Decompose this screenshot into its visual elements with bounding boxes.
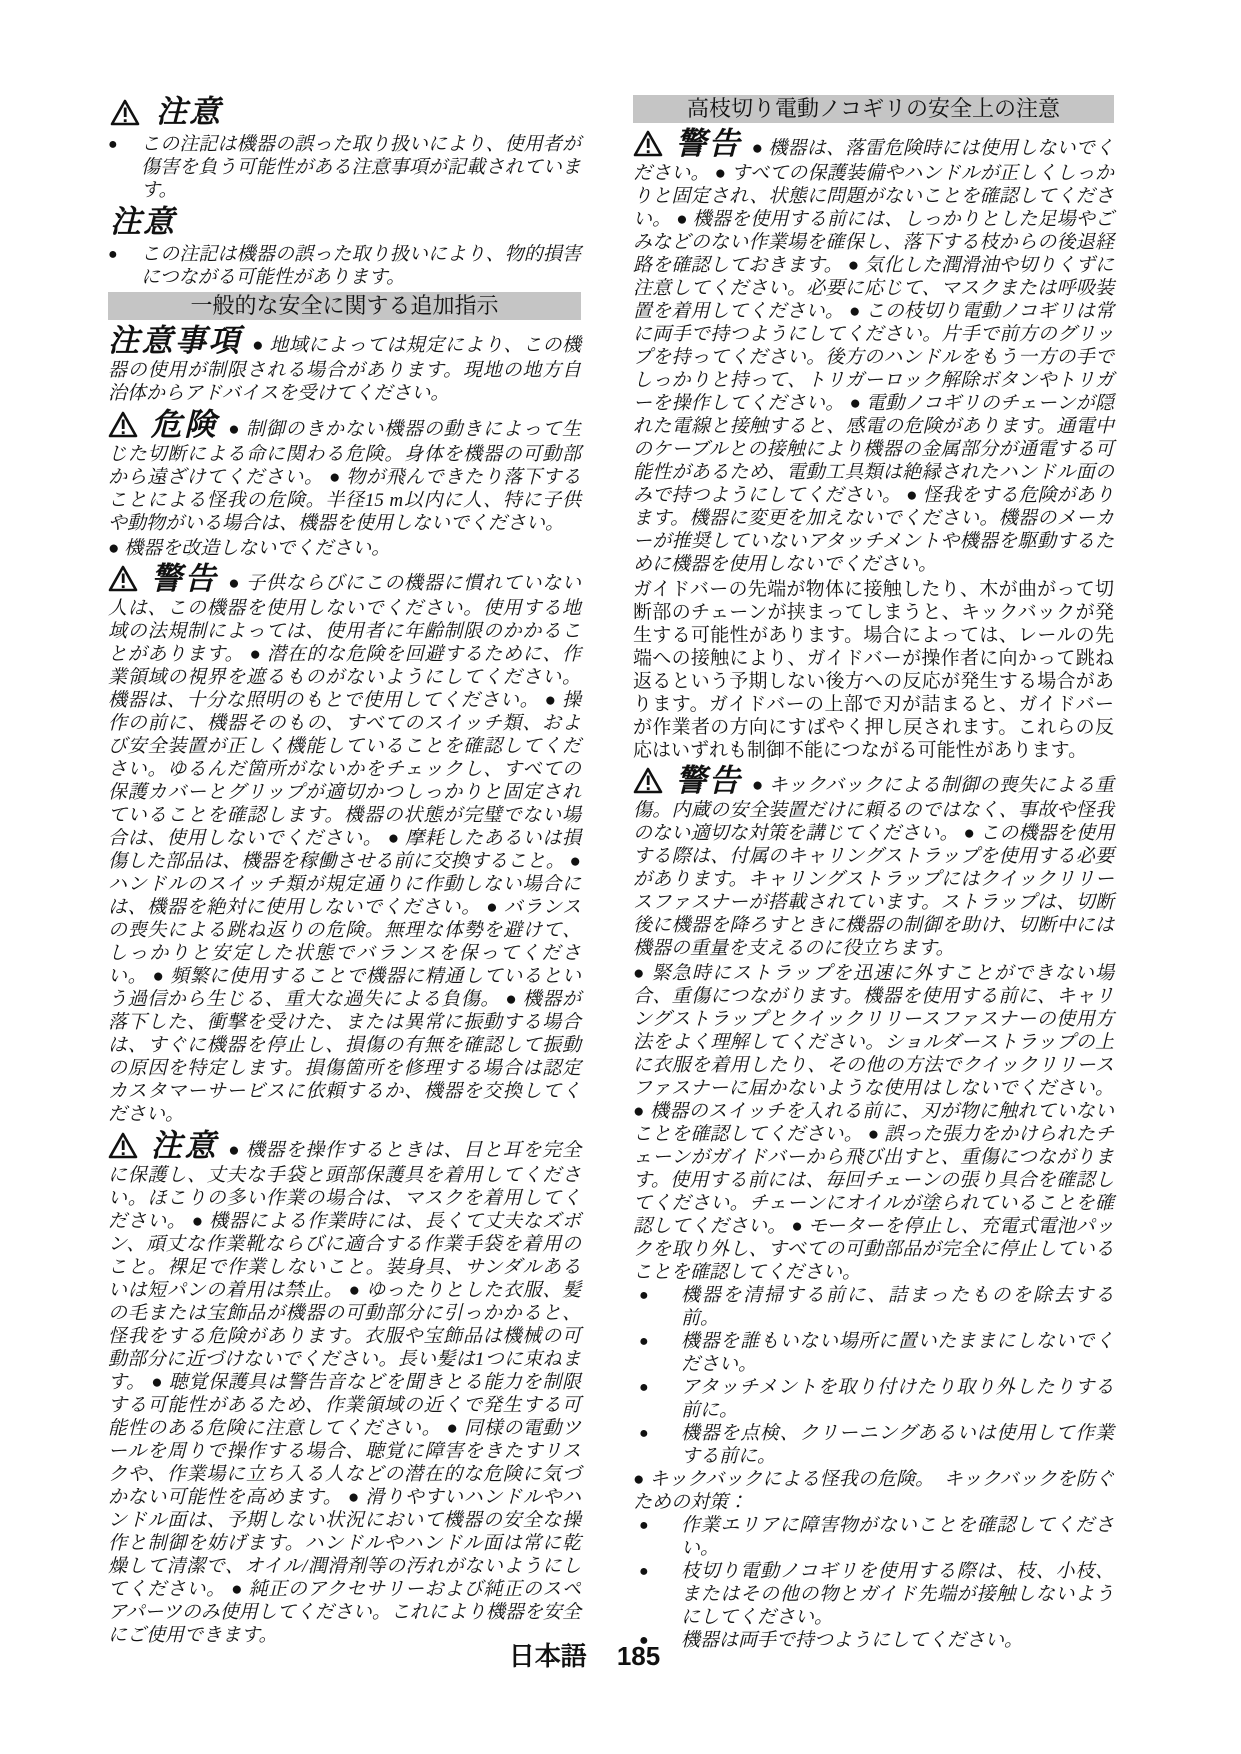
danger-paragraph: 危険● 制御のきかない機器の動きによって生じた切断による命に関わる危険。身体を機… — [108, 407, 581, 535]
kickback-explanation-paragraph: ガイドバーの先端が物体に接触したり、木が曲がって切断部のチェーンが挟まってしまう… — [633, 578, 1114, 762]
modify-bullet-line: ● 機器を改造しないでください。 — [108, 537, 581, 560]
page-footer: 日本語185 — [0, 1641, 1205, 1671]
bullet-icon: ● — [633, 1422, 681, 1468]
section-header-pole-saw-safety: 高枝切り電動ノコギリの安全上の注意 — [633, 95, 1114, 123]
caution-bullet-2: ● この注記は機器の誤った取り扱いにより、物的損害につながる可能性があります。 — [108, 243, 581, 289]
warning-label: 警告 — [675, 126, 742, 161]
list-item: ● 機器を清掃する前に、詰まったものを除去する前。 — [633, 1284, 1114, 1330]
bullet-icon: ● — [633, 1330, 681, 1376]
bullet-icon: ● — [108, 133, 141, 202]
caution-bullet-1-text: この注記は機器の誤った取り扱いにより、使用者が傷害を負う可能性がある注意事項が記… — [141, 133, 581, 202]
list-item: ● 作業エリアに障害物がないことを確認してください。 — [633, 1514, 1114, 1560]
warning-triangle-icon — [108, 565, 138, 592]
caution-paragraph-3: 注意● 機器を操作するときは、目と耳を完全に保護し、丈夫な手袋と頭部保護具を着用… — [108, 1128, 581, 1647]
list-item-text: 機器を誰もいない場所に置いたままにしないでください。 — [681, 1330, 1114, 1376]
notice-label: 注意事項 — [108, 323, 242, 358]
caution-heading-2: 注意 — [108, 204, 581, 240]
caution-text-3: ● 機器を操作するときは、目と耳を完全に保護し、丈夫な手袋と頭部保護具を着用して… — [108, 1140, 581, 1646]
kickback-prevention-intro: ● キックバックによる怪我の危険。 キックバックを防ぐための対策： — [633, 1468, 1114, 1514]
caution-label: 注意 — [156, 94, 222, 130]
caution-label: 注意 — [110, 204, 176, 240]
list-item: ● 機器を点検、クリーニングあるいは使用して作業する前に。 — [633, 1422, 1114, 1468]
footer-language: 日本語 — [509, 1641, 587, 1671]
caution-bullet-2-text: この注記は機器の誤った取り扱いにより、物的損害につながる可能性があります。 — [141, 243, 581, 289]
list-item-text: 機器を点検、クリーニングあるいは使用して作業する前に。 — [681, 1422, 1114, 1468]
list-item-text: 機器を清掃する前に、詰まったものを除去する前。 — [681, 1284, 1114, 1330]
caution-label: 注意 — [150, 1128, 218, 1163]
emergency-strap-paragraph: ● 緊急時にストラップを迅速に外すことができない場合、重傷につながります。機器を… — [633, 962, 1114, 1284]
kickback-prevention-list: ● 作業エリアに障害物がないことを確認してください。 ● 枝切り電動ノコギリを使… — [633, 1514, 1114, 1652]
warning-triangle-icon — [108, 1132, 138, 1159]
warning-triangle-icon — [633, 130, 663, 157]
bullet-icon: ● — [108, 243, 141, 289]
bullet-icon: ● — [633, 1284, 681, 1330]
caution-bullet-1: ● この注記は機器の誤った取り扱いにより、使用者が傷害を負う可能性がある注意事項… — [108, 133, 581, 202]
warning-text: ● 子供ならびにこの機器に慣れていない人は、この機器を使用しないでください。使用… — [108, 573, 581, 1125]
manual-page: 注意 ● この注記は機器の誤った取り扱いにより、使用者が傷害を負う可能性がある注… — [0, 0, 1241, 1754]
caution-heading-1: 注意 — [108, 94, 581, 130]
list-item: ● アタッチメントを取り付けたり取り外したりする前に。 — [633, 1376, 1114, 1422]
list-item: ● 枝切り電動ノコギリを使用する際は、枝、小枝、またはその他の物とガイド先端が接… — [633, 1560, 1114, 1629]
list-item-text: アタッチメントを取り付けたり取り外したりする前に。 — [681, 1376, 1114, 1422]
right-column: 高枝切り電動ノコギリの安全上の注意 警告● 機器は、落雷危険時には使用しないでく… — [633, 92, 1114, 1652]
section-header-general-safety: 一般的な安全に関する追加指示 — [108, 292, 581, 320]
warning-text-2: ● キックバックによる制御の喪失による重傷。内蔵の安全装置だけに頼るのではなく、… — [633, 775, 1114, 959]
bullet-icon: ● — [633, 1560, 681, 1629]
warning-paragraph-2: 警告● キックバックによる制御の喪失による重傷。内蔵の安全装置だけに頼るのではな… — [633, 763, 1114, 960]
warning-paragraph-1: 警告● 機器は、落雷危険時には使用しないでください。 ● すべての保護装備やハン… — [633, 126, 1114, 576]
before-actions-list: ● 機器を清掃する前に、詰まったものを除去する前。 ● 機器を誰もいない場所に置… — [633, 1284, 1114, 1468]
bullet-icon: ● — [633, 1376, 681, 1422]
notice-paragraph: 注意事項● 地域によっては規定により、この機器の使用が制限される場合があります。… — [108, 323, 581, 405]
footer-page-number: 185 — [617, 1641, 660, 1671]
two-column-layout: 注意 ● この注記は機器の誤った取り扱いにより、使用者が傷害を負う可能性がある注… — [0, 0, 1241, 1652]
list-item: ● 機器を誰もいない場所に置いたままにしないでください。 — [633, 1330, 1114, 1376]
warning-triangle-icon — [633, 767, 663, 794]
warning-label: 警告 — [675, 763, 742, 798]
list-item-text: 作業エリアに障害物がないことを確認してください。 — [681, 1514, 1114, 1560]
danger-label: 危険 — [150, 407, 218, 442]
warning-text-1: ● 機器は、落雷危険時には使用しないでください。 ● すべての保護装備やハンドル… — [633, 138, 1114, 575]
bullet-icon: ● — [633, 1514, 681, 1560]
warning-paragraph: 警告● 子供ならびにこの機器に慣れていない人は、この機器を使用しないでください。… — [108, 561, 581, 1126]
warning-triangle-icon — [108, 411, 138, 438]
list-item-text: 枝切り電動ノコギリを使用する際は、枝、小枝、またはその他の物とガイド先端が接触し… — [681, 1560, 1114, 1629]
warning-label: 警告 — [150, 561, 218, 596]
left-column: 注意 ● この注記は機器の誤った取り扱いにより、使用者が傷害を負う可能性がある注… — [108, 92, 581, 1652]
warning-triangle-icon — [110, 99, 140, 126]
